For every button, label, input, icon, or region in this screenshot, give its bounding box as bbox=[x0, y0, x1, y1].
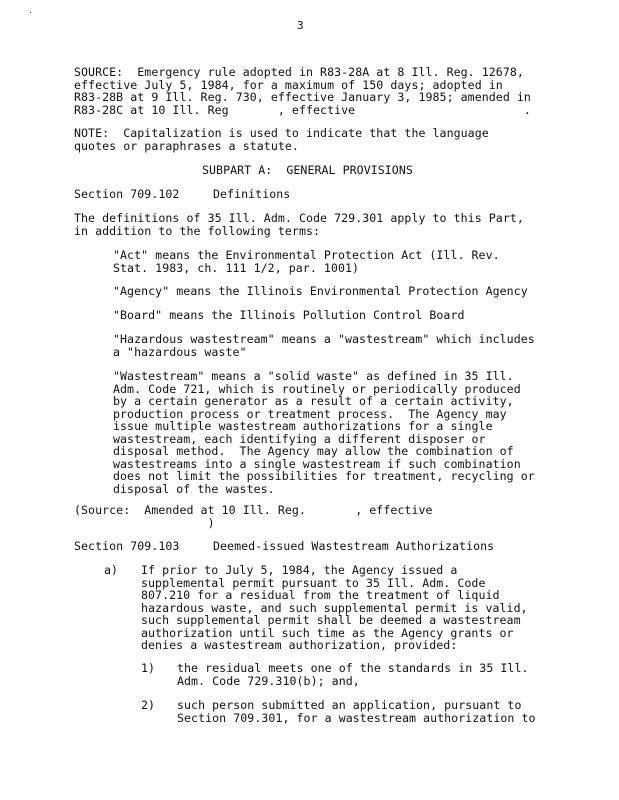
subitem-2-label: 2) bbox=[141, 699, 155, 712]
subitem-2-line-1: such person submitted an application, pu… bbox=[177, 699, 521, 712]
section-102-intro-2: in addition to the following terms: bbox=[74, 225, 320, 238]
item-a-line-1: If prior to July 5, 1984, the Agency iss… bbox=[141, 564, 457, 577]
def-wastestream-1: "Wastestream" means a "solid waste" as d… bbox=[113, 370, 514, 383]
def-board: "Board" means the Illinois Pollution Con… bbox=[113, 309, 465, 322]
section-102-number: Section 709.102 bbox=[74, 188, 179, 201]
item-a-line-5: such supplemental permit shall be deemed… bbox=[141, 614, 521, 627]
subpart-heading: SUBPART A: GENERAL PROVISIONS bbox=[202, 164, 413, 177]
def-hazardous-2: a "hazardous waste" bbox=[113, 346, 247, 359]
subitem-1-line-1: the residual meets one of the standards … bbox=[177, 662, 529, 675]
def-wastestream-9: does not limit the possibilities for tre… bbox=[113, 470, 535, 483]
item-a-label: a) bbox=[104, 564, 118, 577]
section-103-title: Deemed-issued Wastestream Authorizations bbox=[213, 540, 494, 553]
def-wastestream-3: by a certain generator as a result of a … bbox=[113, 395, 514, 408]
section-103-number: Section 709.103 bbox=[74, 540, 179, 553]
def-wastestream-10: disposal of the wastes. bbox=[113, 483, 275, 496]
def-wastestream-7: disposal method. The Agency may allow th… bbox=[113, 445, 514, 458]
item-a-line-3: 807.210 for a residual from the treatmen… bbox=[141, 589, 500, 602]
section-102-intro-1: The definitions of 35 Ill. Adm. Code 729… bbox=[74, 212, 524, 225]
section-102-source-2: ) bbox=[74, 517, 215, 530]
def-act-1: "Act" means the Environmental Protection… bbox=[113, 249, 500, 262]
item-a-line-7: denies a wastestream authorization, prov… bbox=[141, 639, 457, 652]
note-line-2: quotes or paraphrases a statute. bbox=[74, 140, 299, 153]
source-line-4: R83-28C at 10 Ill. Reg , effective . bbox=[74, 104, 531, 117]
note-line-1: NOTE: Capitalization is used to indicate… bbox=[74, 127, 489, 140]
subitem-1-line-2: Adm. Code 729.310(b); and, bbox=[177, 675, 360, 688]
scan-speck bbox=[30, 12, 31, 13]
section-102-source-1: (Source: Amended at 10 Ill. Reg. , effec… bbox=[74, 504, 433, 517]
def-act-2: Stat. 1983, ch. 111 1/2, par. 1001) bbox=[113, 262, 359, 275]
section-102-title: Definitions bbox=[213, 188, 290, 201]
source-line-1: SOURCE: Emergency rule adopted in R83-28… bbox=[74, 66, 524, 79]
def-wastestream-5: issue multiple wastestream authorization… bbox=[113, 420, 493, 433]
page-number: 3 bbox=[297, 19, 304, 32]
source-line-3: R83-28B at 9 Ill. Reg. 730, effective Ja… bbox=[74, 91, 531, 104]
subitem-1-label: 1) bbox=[141, 662, 155, 675]
def-hazardous-1: "Hazardous wastestream" means a "wastest… bbox=[113, 333, 535, 346]
subitem-2-line-2: Section 709.301, for a wastestream autho… bbox=[177, 712, 536, 725]
def-agency: "Agency" means the Illinois Environmenta… bbox=[113, 285, 528, 298]
